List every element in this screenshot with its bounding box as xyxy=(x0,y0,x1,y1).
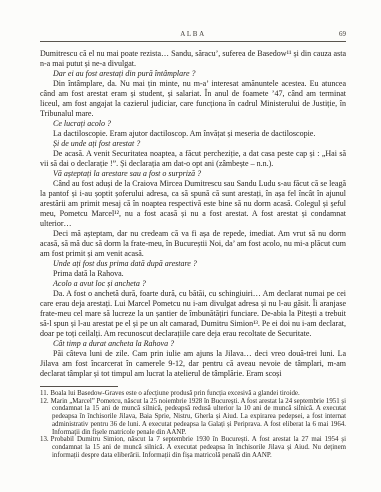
paragraph-answer: Din întâmplare, da. Nu mai țin minte, nu… xyxy=(40,79,346,119)
paragraph-answer: Când au fost aduși de la Craiova Mircea … xyxy=(40,179,346,229)
footnote-number: 11. xyxy=(40,390,48,397)
paragraph-answer: Da. A fost o anchetă dură, foarte dură, … xyxy=(40,289,346,339)
paragraph-question: Cât timp a durat ancheta la Rahova ? xyxy=(40,339,346,349)
footnote-text: Boala lui Basedow-Graves este o afecțiun… xyxy=(50,390,299,397)
paragraph-question: Acolo a avut loc și ancheta ? xyxy=(40,279,346,289)
footnote: 12.Marin „Marcel” Pometcu, născut la 25 … xyxy=(40,398,346,437)
interview-text: Dumitrescu că el nu mai poate rezista… S… xyxy=(40,49,346,379)
paragraph-question: Dar ei au fost arestați din pură întâmpl… xyxy=(40,69,346,79)
header-rule xyxy=(40,41,346,42)
paragraph-answer: Prima dată la Rahova. xyxy=(40,269,346,279)
footnote-text: Marin „Marcel” Pometcu, născut la 25 noi… xyxy=(51,398,346,436)
footnote-separator xyxy=(40,386,118,387)
running-title: ALBA xyxy=(40,30,346,38)
footnote-number: 12. xyxy=(40,398,49,405)
paragraph-question: Și de unde ați fost arestat ? xyxy=(40,139,346,149)
paragraph-question: Vă așteptați la arestare sau a fost o su… xyxy=(40,169,346,179)
paragraph-continuation: Dumitrescu că el nu mai poate rezista… S… xyxy=(40,49,346,69)
paragraph-question: Unde ați fost dus prima dată după aresta… xyxy=(40,259,346,269)
page-header: ALBA 69 xyxy=(40,30,346,40)
footnote-text: Probabil Dumitru Simion, născut la 7 sep… xyxy=(51,436,346,458)
footnote: 13.Probabil Dumitru Simion, născut la 7 … xyxy=(40,436,346,459)
paragraph-answer: Păi câteva luni de zile. Cam prin iulie … xyxy=(40,349,346,379)
paragraph-answer: La dactiloscopie. Eram ajutor dactilosco… xyxy=(40,129,346,139)
paragraph-answer: De acasă. A venit Securitatea noaptea, a… xyxy=(40,149,346,169)
paragraph-question: Ce lucrați acolo ? xyxy=(40,119,346,129)
paragraph-answer: Deci mă așteptam, dar nu credeam că va f… xyxy=(40,229,346,259)
book-page: ALBA 69 Dumitrescu că el nu mai poate re… xyxy=(0,0,381,492)
footnotes: 11.Boala lui Basedow-Graves este o afecț… xyxy=(40,390,346,459)
footnote-number: 13. xyxy=(40,436,49,443)
page-number: 69 xyxy=(339,30,346,38)
footnote: 11.Boala lui Basedow-Graves este o afecț… xyxy=(40,390,346,398)
